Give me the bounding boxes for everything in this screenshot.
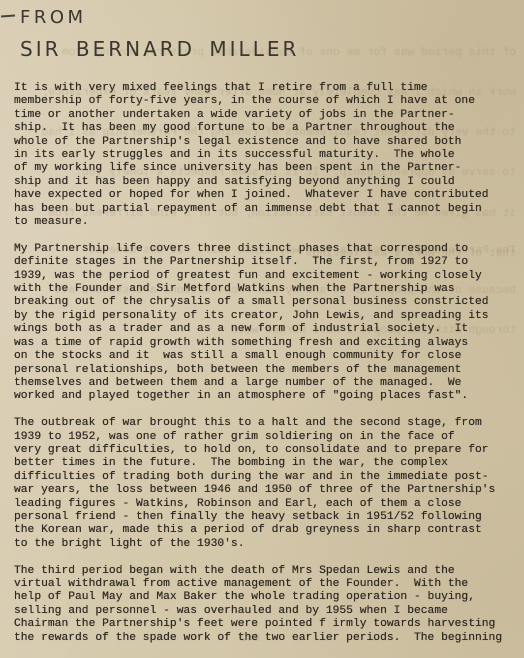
document-body: It is with very mixed feelings that I re…	[14, 82, 518, 658]
pen-mark	[1, 15, 15, 17]
header-line-from: FROM	[20, 9, 299, 27]
paragraph-1: It is with very mixed feelings that I re…	[14, 82, 518, 229]
paragraph-3: The outbreak of war brought this to a ha…	[14, 417, 518, 551]
paragraph-2: My Partnership life covers three distinc…	[14, 243, 518, 404]
document-header: FROM SIR BERNARD MILLER	[20, 9, 299, 59]
header-line-name: SIR BERNARD MILLER	[20, 39, 299, 59]
document-page: of this period was for me one of conside…	[0, 0, 524, 658]
paragraph-4: The third period began with the death of…	[14, 565, 518, 645]
